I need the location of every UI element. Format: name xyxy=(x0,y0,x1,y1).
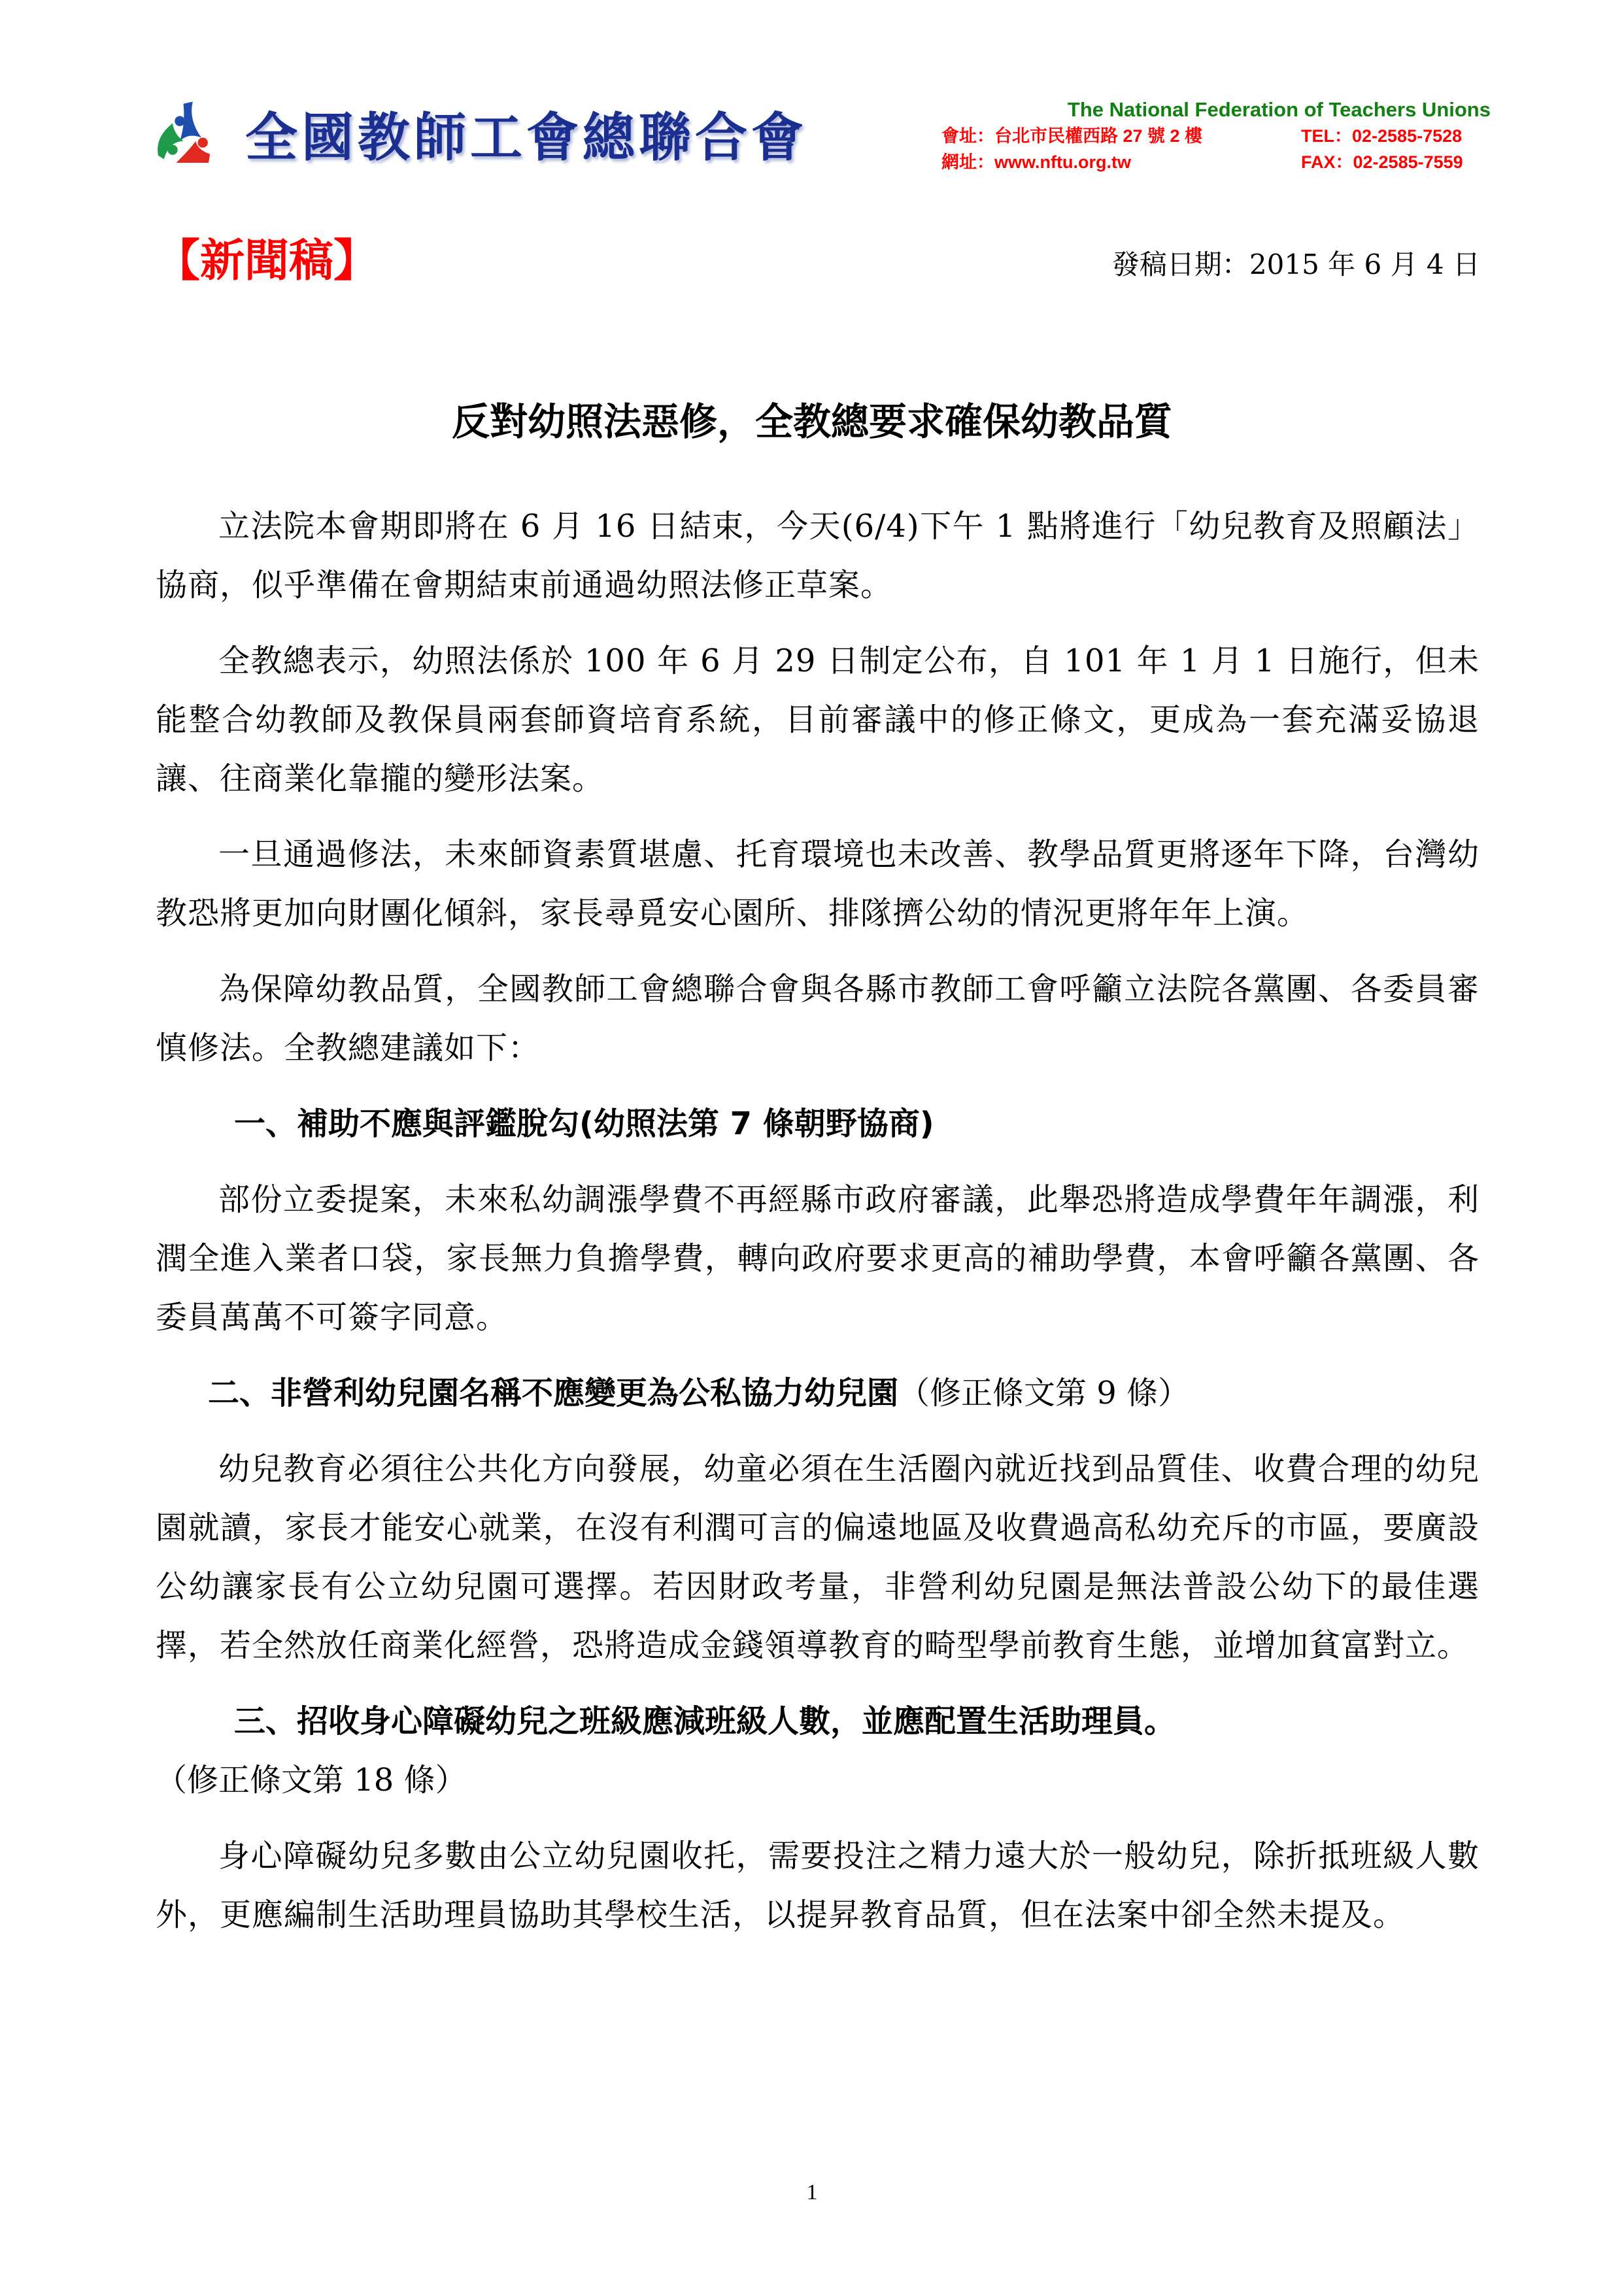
address: 會址：台北市民權西路 27 號 2 樓 xyxy=(928,123,1301,149)
section-heading-3-note: （修正條文第 18 條） xyxy=(156,1751,1480,1810)
section-heading-3: 三、招收身心障礙幼兒之班級應減班級人數，並應配置生活助理員。 xyxy=(156,1692,1480,1751)
section-body-2: 幼兒教育必須往公共化方向發展，幼童必須在生活圈內就近找到品質佳、收費合理的幼兒園… xyxy=(156,1440,1480,1675)
union-logo-icon xyxy=(144,98,216,170)
document-title: 反對幼照法惡修，全教總要求確保幼教品質 xyxy=(0,396,1624,448)
telephone: TEL：02-2585-7528 xyxy=(1301,123,1491,149)
page-number: 1 xyxy=(0,2180,1624,2205)
press-release-label: 【新聞稿】 xyxy=(156,232,378,291)
document-body: 立法院本會期即將在 6 月 16 日結束，今天(6/4)下午 1 點將進行「幼兒… xyxy=(156,497,1480,1961)
org-name-english: The National Federation of Teachers Unio… xyxy=(928,97,1491,123)
contact-row-2: 網址：www.nftu.org.tw FAX：02-2585-7559 xyxy=(928,149,1491,175)
paragraph-2: 全教總表示，幼照法係於 100 年 6 月 29 日制定公布，自 101 年 1… xyxy=(156,632,1480,808)
section-heading-2: 二、非營利幼兒園名稱不應變更為公私協力幼兒園（修正條文第 9 條） xyxy=(156,1364,1480,1423)
org-contact-block: The National Federation of Teachers Unio… xyxy=(928,97,1491,175)
logo-wordmark: 全國教師工會總聯合會 xyxy=(245,105,807,170)
paragraph-4: 為保障幼教品質，全國教師工會總聯合會與各縣市教師工會呼籲立法院各黨團、各委員審慎… xyxy=(156,960,1480,1077)
contact-row-1: 會址：台北市民權西路 27 號 2 樓 TEL：02-2585-7528 xyxy=(928,123,1491,149)
section-heading-2-note: （修正條文第 9 條） xyxy=(898,1375,1189,1411)
paragraph-3: 一旦通過修法，未來師資素質堪慮、托育環境也未改善、教學品質更將逐年下降，台灣幼教… xyxy=(156,825,1480,943)
section-body-3: 身心障礙幼兒多數由公立幼兒園收托，需要投注之精力遠大於一般幼兒，除折抵班級人數外… xyxy=(156,1827,1480,1944)
section-heading-2-title: 二、非營利幼兒園名稱不應變更為公私協力幼兒園 xyxy=(208,1375,898,1411)
fax: FAX：02-2585-7559 xyxy=(1301,149,1491,175)
paragraph-1: 立法院本會期即將在 6 月 16 日結束，今天(6/4)下午 1 點將進行「幼兒… xyxy=(156,497,1480,615)
website-link[interactable]: 網址：www.nftu.org.tw xyxy=(928,149,1301,175)
section-body-1: 部份立委提案，未來私幼調漲學費不再經縣市政府審議，此舉恐將造成學費年年調漲，利潤… xyxy=(156,1170,1480,1347)
issue-date: 發稿日期：2015 年 6 月 4 日 xyxy=(1112,245,1480,284)
section-heading-1: 一、補助不應與評鑑脫勾(幼照法第 7 條朝野協商) xyxy=(156,1094,1480,1153)
